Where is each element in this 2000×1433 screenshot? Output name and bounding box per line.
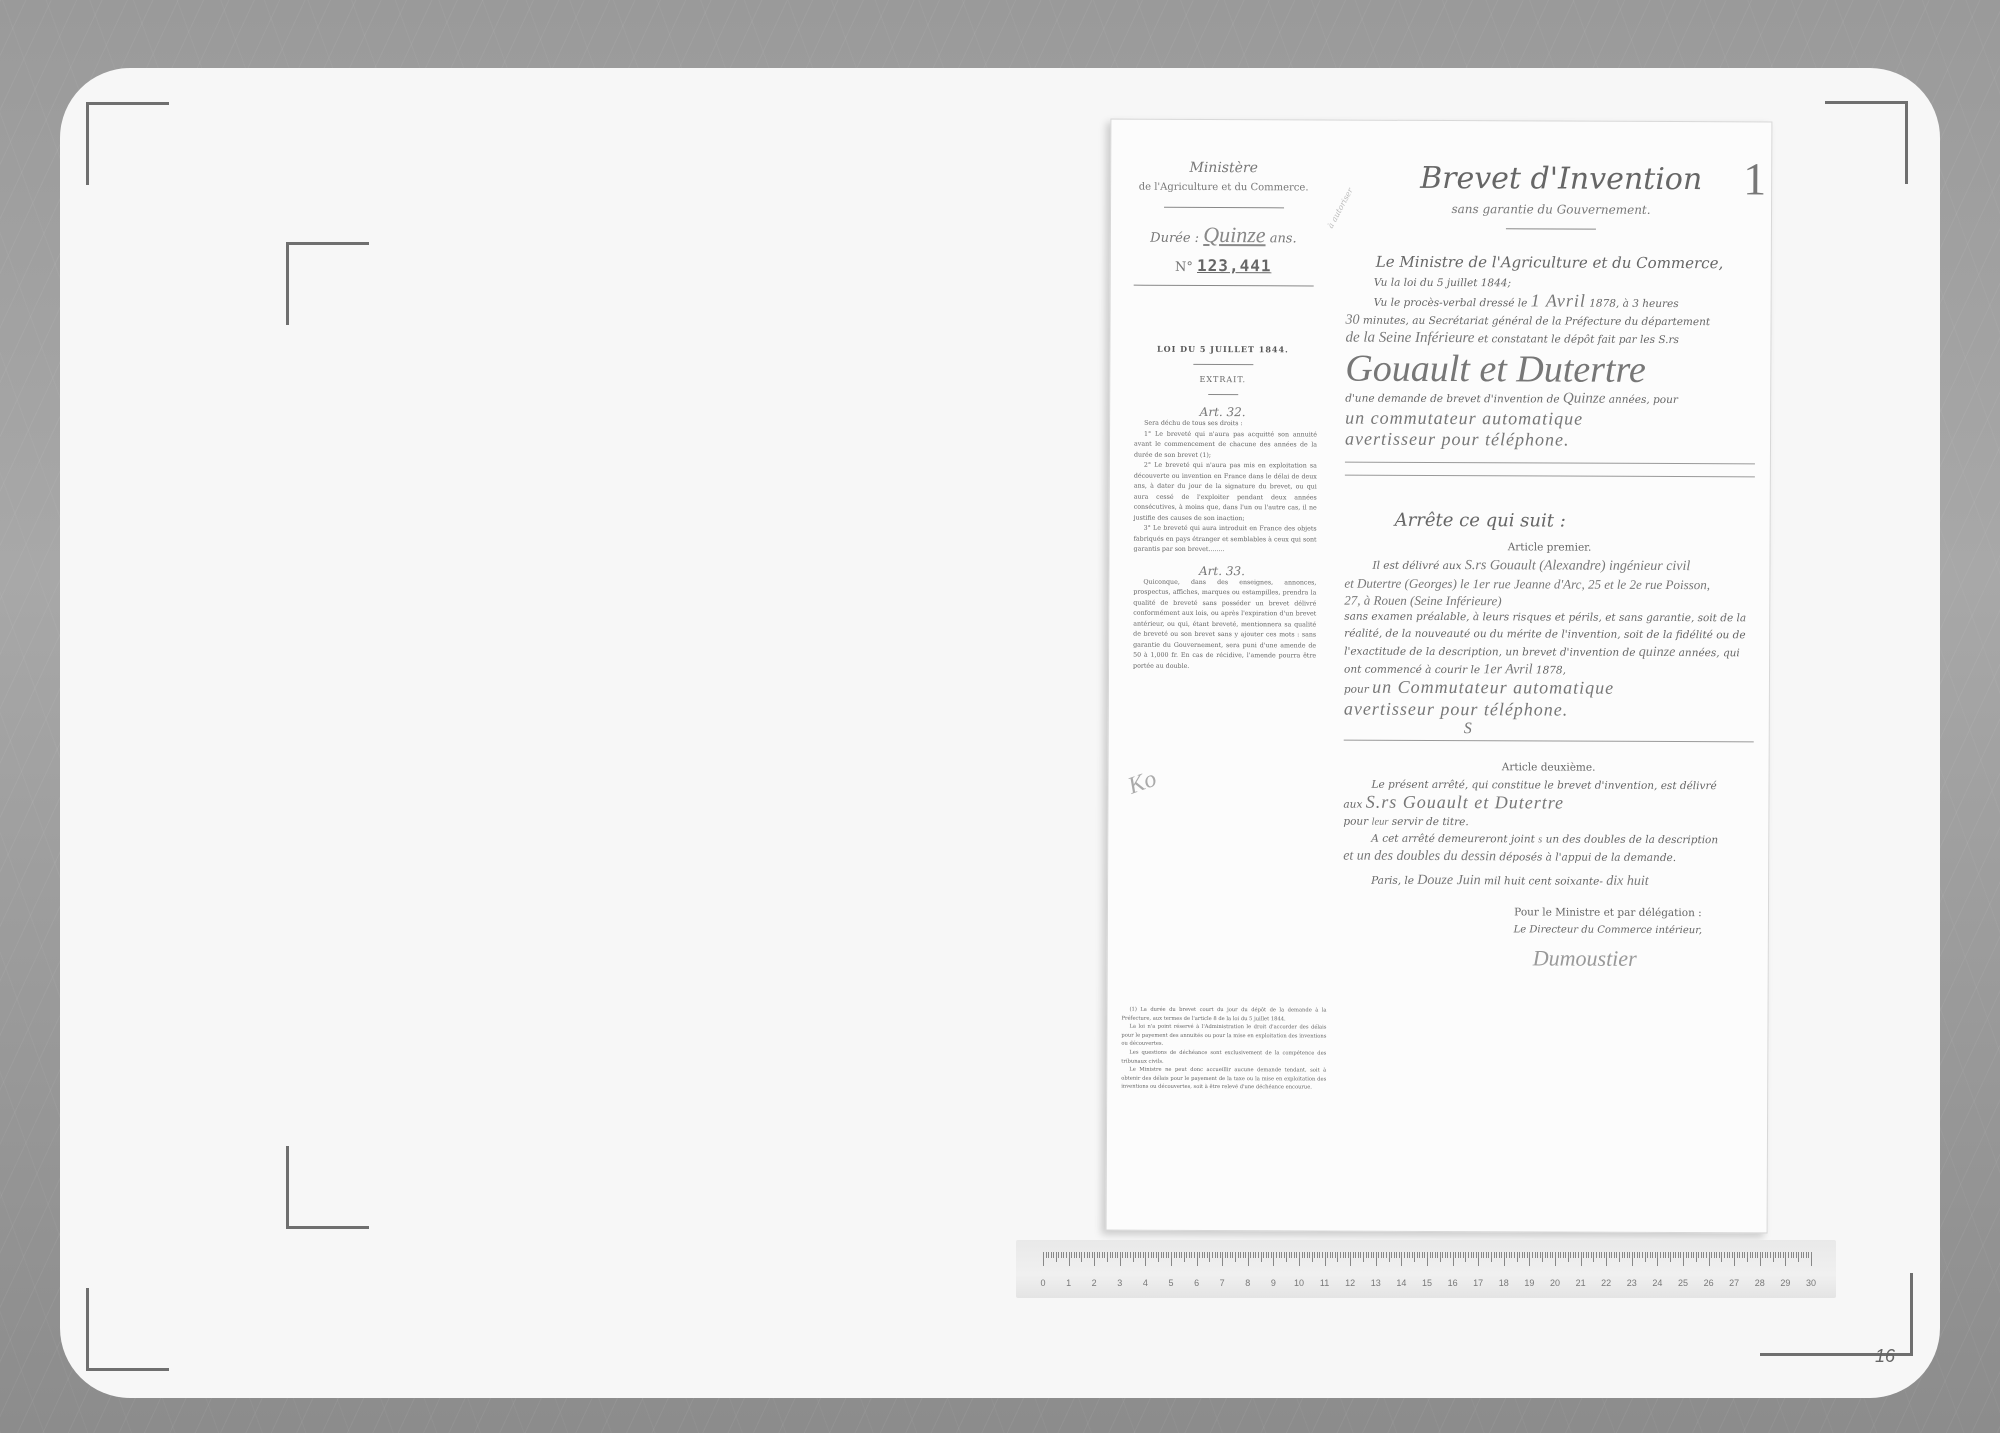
- article2-titre: pour leur servir de titre.: [1343, 814, 1753, 833]
- ruler-tick: [1450, 1252, 1451, 1258]
- ruler-tick: [1366, 1252, 1367, 1258]
- ruler-tick: [1568, 1252, 1569, 1262]
- ruler-tick: [1742, 1252, 1743, 1258]
- ruler-label: 13: [1371, 1278, 1381, 1288]
- ruler-tick: [1191, 1252, 1192, 1258]
- ruler-tick: [1785, 1252, 1786, 1266]
- text: 1878,: [1536, 664, 1566, 676]
- handwritten-invention: un Commutateur automatique: [1372, 677, 1614, 698]
- ruler-label: 22: [1601, 1278, 1611, 1288]
- ruler-tick: [1680, 1252, 1681, 1258]
- article1-recipients: Il est délivré aux S.rs Gouault (Alexand…: [1344, 557, 1754, 577]
- ruler-tick: [1711, 1252, 1712, 1258]
- ruler-tick: [1148, 1252, 1149, 1258]
- handwritten-applicants: Gouault et Dutertre: [1345, 348, 1755, 392]
- ministry-subtitle: de l'Agriculture et du Commerce.: [1111, 182, 1336, 194]
- art33-heading: Art. 33.: [1109, 563, 1334, 578]
- ruler-tick: [1778, 1252, 1779, 1258]
- ruler-tick: [1686, 1252, 1687, 1258]
- ruler-tick: [1657, 1252, 1658, 1266]
- ruler-tick: [1447, 1252, 1448, 1258]
- ruler-tick: [1309, 1252, 1310, 1258]
- ruler-tick: [1209, 1252, 1210, 1262]
- ruler-tick: [1555, 1252, 1556, 1266]
- ruler-tick: [1647, 1252, 1648, 1258]
- ruler-tick: [1250, 1252, 1251, 1258]
- handwritten-mark: S: [1464, 720, 1754, 739]
- ruler-tick: [1381, 1252, 1382, 1258]
- duration-label: Durée :: [1150, 231, 1199, 246]
- ruler-tick: [1286, 1252, 1287, 1262]
- ruler-tick: [1350, 1252, 1351, 1266]
- art32-paragraph: 1° Le breveté qui n'aura pas acquitté so…: [1134, 429, 1317, 461]
- measurement-ruler: 0123456789101112131415161718192021222324…: [1016, 1240, 1836, 1298]
- ruler-tick: [1501, 1252, 1502, 1258]
- ruler-tick: [1133, 1252, 1134, 1262]
- ruler-tick: [1599, 1252, 1600, 1258]
- art32-heading: Art. 32.: [1110, 405, 1335, 420]
- text: Vu le procès-verbal dressé le: [1374, 297, 1528, 310]
- ruler-tick: [1801, 1252, 1802, 1258]
- ruler-tick: [1665, 1252, 1666, 1258]
- ruler-tick: [1348, 1252, 1349, 1258]
- handwritten-minutes: 30: [1346, 313, 1360, 328]
- ruler-tick: [1765, 1252, 1766, 1258]
- ruler-tick: [1427, 1252, 1428, 1266]
- ruler-tick: [1063, 1252, 1064, 1258]
- ruler-tick: [1368, 1252, 1369, 1258]
- ruler-tick: [1373, 1252, 1374, 1258]
- text: Paris, le: [1371, 875, 1414, 887]
- ruler-tick: [1291, 1252, 1292, 1258]
- ruler-tick: [1143, 1252, 1144, 1258]
- ruler-tick: [1279, 1252, 1280, 1258]
- ruler-tick: [1614, 1252, 1615, 1258]
- ruler-tick: [1547, 1252, 1548, 1258]
- ruler-tick: [1532, 1252, 1533, 1258]
- divider: [1506, 228, 1596, 229]
- text: un des doubles de la description: [1546, 833, 1719, 846]
- ruler-tick: [1358, 1252, 1359, 1258]
- ruler-tick: [1140, 1252, 1141, 1258]
- signature-title: Le Directeur du Commerce intérieur,: [1463, 924, 1753, 936]
- ruler-tick: [1535, 1252, 1536, 1258]
- ruler-tick: [1752, 1252, 1753, 1258]
- ruler-tick: [1732, 1252, 1733, 1258]
- divider: [1133, 285, 1313, 287]
- ruler-tick: [1739, 1252, 1740, 1258]
- text: joint: [1511, 833, 1535, 845]
- ruler-tick: [1138, 1252, 1139, 1258]
- signature-delegation: Pour le Ministre et par délégation :: [1463, 906, 1753, 919]
- ruler-tick: [1606, 1252, 1607, 1266]
- ruler-tick: [1750, 1252, 1751, 1258]
- ministre-line: Le Ministre de l'Agriculture et du Comme…: [1376, 253, 1756, 273]
- ruler-tick: [1258, 1252, 1259, 1258]
- ruler-label: 8: [1245, 1278, 1250, 1288]
- ruler-tick: [1110, 1252, 1111, 1258]
- ruler-tick: [1517, 1252, 1518, 1262]
- handwritten-recipient: et Dutertre (Georges) le 1er rue Jeanne …: [1344, 575, 1754, 594]
- ruler-tick: [1284, 1252, 1285, 1258]
- ruler-tick: [1319, 1252, 1320, 1258]
- ruler-label: 9: [1271, 1278, 1276, 1288]
- ruler-tick: [1601, 1252, 1602, 1258]
- ruler-tick: [1225, 1252, 1226, 1258]
- ruler-tick: [1675, 1252, 1676, 1258]
- ruler-tick: [1688, 1252, 1689, 1258]
- vu-proces-verbal: Vu le procès-verbal dressé le 1 Avril 18…: [1346, 292, 1756, 314]
- annex-line-2: et un des doubles du dessin déposés à l'…: [1343, 848, 1753, 868]
- ruler-tick: [1243, 1252, 1244, 1258]
- ruler-tick: [1389, 1252, 1390, 1262]
- ruler-tick: [1363, 1252, 1364, 1262]
- ruler-tick: [1476, 1252, 1477, 1258]
- ruler-tick: [1194, 1252, 1195, 1258]
- ruler-tick: [1783, 1252, 1784, 1258]
- ruler-tick: [1798, 1252, 1799, 1262]
- text: pour: [1344, 684, 1369, 696]
- ruler-tick: [1719, 1252, 1720, 1258]
- crop-mark-outer-top-right: [1825, 101, 1908, 184]
- ruler-tick: [1376, 1252, 1377, 1266]
- ruler-tick: [1248, 1252, 1249, 1266]
- ruler-tick: [1074, 1252, 1075, 1258]
- ruler-tick: [1087, 1252, 1088, 1258]
- ruler-tick: [1588, 1252, 1589, 1258]
- blank-line: [1345, 462, 1755, 465]
- handwritten-recipient: 27, à Rouen (Seine Inférieure): [1344, 592, 1754, 611]
- ruler-tick: [1094, 1252, 1095, 1266]
- department-line: de la Seine Inférieure et constatant le …: [1345, 330, 1755, 350]
- ruler-tick: [1673, 1252, 1674, 1258]
- ruler-label: 1: [1066, 1278, 1071, 1288]
- ruler-tick: [1714, 1252, 1715, 1258]
- ruler-tick: [1414, 1252, 1415, 1262]
- ruler-tick: [1619, 1252, 1620, 1262]
- ruler-tick: [1378, 1252, 1379, 1258]
- ruler-tick: [1455, 1252, 1456, 1258]
- ruler-tick: [1263, 1252, 1264, 1258]
- ruler-tick: [1465, 1252, 1466, 1262]
- document-title: Brevet d'Invention: [1366, 161, 1756, 198]
- ruler-tick: [1437, 1252, 1438, 1258]
- art33-text: Quiconque, dans des enseignes, annonces,…: [1109, 577, 1334, 672]
- ruler-tick: [1522, 1252, 1523, 1258]
- ruler-tick: [1120, 1252, 1121, 1266]
- ruler-tick: [1770, 1252, 1771, 1258]
- ruler-label: 10: [1294, 1278, 1304, 1288]
- handwritten-word: leur: [1372, 817, 1389, 828]
- ruler-tick: [1276, 1252, 1277, 1258]
- ruler-tick: [1104, 1252, 1105, 1258]
- art32-paragraph: 2° Le breveté qui n'aura pas mis en expl…: [1134, 461, 1317, 525]
- ruler-tick: [1396, 1252, 1397, 1258]
- ruler-tick: [1591, 1252, 1592, 1258]
- ruler-tick: [1360, 1252, 1361, 1258]
- handwritten-years: Quinze: [1563, 391, 1606, 407]
- ruler-tick: [1184, 1252, 1185, 1262]
- ruler-tick: [1488, 1252, 1489, 1258]
- right-column: 1 Brevet d'Invention sans garantie du Go…: [1343, 161, 1757, 973]
- ruler-tick: [1081, 1252, 1082, 1262]
- ruler-tick: [1271, 1252, 1272, 1258]
- handwritten-annex: et un des doubles du dessin: [1343, 849, 1496, 865]
- ruler-label: 5: [1168, 1278, 1173, 1288]
- handwritten-year: dix huit: [1606, 874, 1648, 889]
- ruler-label: 0: [1040, 1278, 1045, 1288]
- law-title: LOI DU 5 JUILLET 1844.: [1110, 344, 1335, 355]
- ruler-tick: [1266, 1252, 1267, 1258]
- ruler-tick: [1622, 1252, 1623, 1258]
- ruler-tick: [1693, 1252, 1694, 1258]
- article1-title: Article premier.: [1345, 541, 1755, 555]
- ruler-tick: [1107, 1252, 1108, 1262]
- ruler-tick: [1092, 1252, 1093, 1258]
- ruler-tick: [1650, 1252, 1651, 1258]
- ruler-tick: [1102, 1252, 1103, 1258]
- article2-recipients: aux S.rs Gouault et Dutertre: [1343, 794, 1753, 816]
- ruler-tick: [1486, 1252, 1487, 1258]
- handwritten-word: s: [1538, 834, 1542, 845]
- ruler-tick: [1158, 1252, 1159, 1262]
- ruler-tick: [1578, 1252, 1579, 1258]
- ruler-tick: [1747, 1252, 1748, 1262]
- ruler-tick: [1468, 1252, 1469, 1258]
- ruler-label: 26: [1704, 1278, 1714, 1288]
- crop-mark-inner-top-left: [286, 242, 369, 325]
- crop-mark-inner-bottom-left: [286, 1146, 369, 1229]
- ruler-label: 18: [1499, 1278, 1509, 1288]
- ruler-tick: [1099, 1252, 1100, 1258]
- ruler-ticks: 0123456789101112131415161718192021222324…: [1043, 1252, 1811, 1276]
- text: d'une demande de brevet d'invention de: [1345, 393, 1559, 406]
- ruler-label: 30: [1806, 1278, 1816, 1288]
- ruler-tick: [1483, 1252, 1484, 1258]
- ruler-label: 6: [1194, 1278, 1199, 1288]
- ruler-tick: [1417, 1252, 1418, 1258]
- ruler-tick: [1670, 1252, 1671, 1262]
- ruler-tick: [1639, 1252, 1640, 1258]
- ruler-tick: [1737, 1252, 1738, 1258]
- ruler-tick: [1156, 1252, 1157, 1258]
- ruler-tick: [1176, 1252, 1177, 1258]
- ruler-tick: [1401, 1252, 1402, 1266]
- ruler-tick: [1204, 1252, 1205, 1258]
- ruler-tick: [1596, 1252, 1597, 1258]
- ruler-tick: [1097, 1252, 1098, 1258]
- ruler-tick: [1053, 1252, 1054, 1258]
- art32-text: Sera déchu de tous ses droits : 1° Le br…: [1110, 419, 1336, 556]
- patent-number-line: N° 123,441: [1111, 256, 1336, 276]
- ruler-tick: [1604, 1252, 1605, 1258]
- ruler-tick: [1161, 1252, 1162, 1258]
- ruler-tick: [1245, 1252, 1246, 1258]
- ruler-tick: [1404, 1252, 1405, 1258]
- text: A cet arrêté demeureront: [1371, 833, 1507, 846]
- ruler-label: 14: [1396, 1278, 1406, 1288]
- ruler-tick: [1775, 1252, 1776, 1258]
- ruler-tick: [1803, 1252, 1804, 1258]
- art33-paragraph: Quiconque, dans des enseignes, annonces,…: [1133, 577, 1316, 672]
- ruler-tick: [1773, 1252, 1774, 1262]
- ruler-tick: [1524, 1252, 1525, 1258]
- ruler-tick: [1327, 1252, 1328, 1258]
- ruler-tick: [1634, 1252, 1635, 1258]
- divider: [1164, 207, 1284, 209]
- ruler-tick: [1337, 1252, 1338, 1262]
- ruler-tick: [1506, 1252, 1507, 1258]
- ruler-tick: [1325, 1252, 1326, 1266]
- ruler-tick: [1153, 1252, 1154, 1258]
- ruler-tick: [1583, 1252, 1584, 1258]
- ruler-tick: [1273, 1252, 1274, 1266]
- ruler-tick: [1581, 1252, 1582, 1266]
- ruler-tick: [1540, 1252, 1541, 1258]
- ruler-label: 20: [1550, 1278, 1560, 1288]
- ruler-tick: [1409, 1252, 1410, 1258]
- ruler-tick: [1197, 1252, 1198, 1266]
- ruler-tick: [1371, 1252, 1372, 1258]
- ruler-tick: [1629, 1252, 1630, 1258]
- ruler-label: 28: [1755, 1278, 1765, 1288]
- ruler-tick: [1734, 1252, 1735, 1266]
- ruler-tick: [1627, 1252, 1628, 1258]
- handwritten-invention: avertisseur pour téléphone.: [1345, 429, 1755, 452]
- ruler-tick: [1570, 1252, 1571, 1258]
- ruler-tick: [1394, 1252, 1395, 1258]
- ruler-tick: [1220, 1252, 1221, 1258]
- ruler-tick: [1703, 1252, 1704, 1258]
- blank-line: [1345, 475, 1755, 478]
- text: déposés à l'appui de la demande.: [1499, 851, 1676, 864]
- ruler-tick: [1079, 1252, 1080, 1258]
- ruler-tick: [1122, 1252, 1123, 1258]
- ruler-tick: [1491, 1252, 1492, 1262]
- ruler-tick: [1130, 1252, 1131, 1258]
- article1-invention: pour un Commutateur automatique: [1344, 679, 1754, 701]
- page-number: 1: [1743, 152, 1766, 205]
- ruler-tick: [1593, 1252, 1594, 1262]
- ruler-tick: [1430, 1252, 1431, 1258]
- ruler-label: 7: [1220, 1278, 1225, 1288]
- ruler-tick: [1207, 1252, 1208, 1258]
- ruler-tick: [1215, 1252, 1216, 1258]
- ruler-tick: [1724, 1252, 1725, 1258]
- ruler-tick: [1294, 1252, 1295, 1258]
- ruler-label: 15: [1422, 1278, 1432, 1288]
- crop-mark-outer-top-left: [86, 102, 169, 185]
- ruler-tick: [1757, 1252, 1758, 1258]
- ruler-tick: [1163, 1252, 1164, 1258]
- ruler-tick: [1268, 1252, 1269, 1258]
- ruler-tick: [1253, 1252, 1254, 1258]
- ruler-tick: [1811, 1252, 1812, 1266]
- ruler-tick: [1729, 1252, 1730, 1258]
- ruler-tick: [1335, 1252, 1336, 1258]
- text: années, pour: [1609, 394, 1678, 406]
- number-label: N°: [1175, 260, 1193, 275]
- ruler-tick: [1645, 1252, 1646, 1262]
- ruler-label: 27: [1729, 1278, 1739, 1288]
- ruler-tick: [1537, 1252, 1538, 1258]
- ruler-tick: [1181, 1252, 1182, 1258]
- ruler-tick: [1212, 1252, 1213, 1258]
- ruler-tick: [1419, 1252, 1420, 1258]
- ruler-tick: [1611, 1252, 1612, 1258]
- paraph-initials: Ko: [1125, 766, 1160, 801]
- ruler-tick: [1721, 1252, 1722, 1262]
- crop-mark-outer-bottom-left: [86, 1288, 169, 1371]
- ruler-tick: [1668, 1252, 1669, 1258]
- ruler-tick: [1609, 1252, 1610, 1258]
- ruler-tick: [1317, 1252, 1318, 1258]
- document-subtitle: sans garantie du Gouvernement.: [1346, 202, 1756, 218]
- ruler-label: 25: [1678, 1278, 1688, 1288]
- ruler-tick: [1542, 1252, 1543, 1262]
- ruler-tick: [1509, 1252, 1510, 1258]
- ruler-label: 2: [1092, 1278, 1097, 1288]
- ruler-tick: [1089, 1252, 1090, 1258]
- ruler-tick: [1240, 1252, 1241, 1258]
- ruler-tick: [1550, 1252, 1551, 1258]
- ruler-tick: [1655, 1252, 1656, 1258]
- ruler-tick: [1069, 1252, 1070, 1266]
- ruler-tick: [1238, 1252, 1239, 1258]
- ruler-tick: [1127, 1252, 1128, 1258]
- ruler-tick: [1322, 1252, 1323, 1258]
- left-column: Ministère de l'Agriculture et du Commerc…: [1109, 160, 1336, 673]
- ruler-tick: [1788, 1252, 1789, 1258]
- ruler-tick: [1755, 1252, 1756, 1258]
- ruler-tick: [1709, 1252, 1710, 1266]
- ruler-tick: [1481, 1252, 1482, 1258]
- ruler-tick: [1168, 1252, 1169, 1258]
- ruler-label: 11: [1320, 1278, 1329, 1288]
- ruler-tick: [1616, 1252, 1617, 1258]
- ruler-tick: [1691, 1252, 1692, 1258]
- ruler-tick: [1345, 1252, 1346, 1258]
- ruler-tick: [1701, 1252, 1702, 1258]
- signature: Dumoustier: [1533, 945, 1753, 972]
- ruler-tick: [1586, 1252, 1587, 1258]
- ruler-tick: [1043, 1252, 1044, 1266]
- ruler-tick: [1391, 1252, 1392, 1258]
- ruler-tick: [1115, 1252, 1116, 1258]
- ruler-tick: [1698, 1252, 1699, 1258]
- text: aux: [1343, 799, 1362, 811]
- ruler-tick: [1545, 1252, 1546, 1258]
- ruler-tick: [1048, 1252, 1049, 1258]
- patent-number: 123,441: [1197, 256, 1272, 275]
- ruler-tick: [1076, 1252, 1077, 1258]
- date-line: Paris, le Douze Juin mil huit cent soixa…: [1343, 872, 1753, 892]
- art32-paragraph: Sera déchu de tous ses droits :: [1134, 419, 1317, 430]
- ruler-tick: [1343, 1252, 1344, 1258]
- ruler-tick: [1383, 1252, 1384, 1258]
- minutes-line: 30 minutes, au Secrétariat général de la…: [1346, 312, 1756, 332]
- art32-paragraph: 3° Le breveté qui aura introduit en Fran…: [1134, 524, 1317, 556]
- ruler-tick: [1780, 1252, 1781, 1258]
- ruler-tick: [1046, 1252, 1047, 1258]
- ruler-tick: [1227, 1252, 1228, 1258]
- ruler-tick: [1353, 1252, 1354, 1258]
- ruler-tick: [1573, 1252, 1574, 1258]
- ruler-tick: [1560, 1252, 1561, 1258]
- ruler-tick: [1299, 1252, 1300, 1266]
- ruler-tick: [1696, 1252, 1697, 1262]
- blank-line: [1344, 740, 1754, 743]
